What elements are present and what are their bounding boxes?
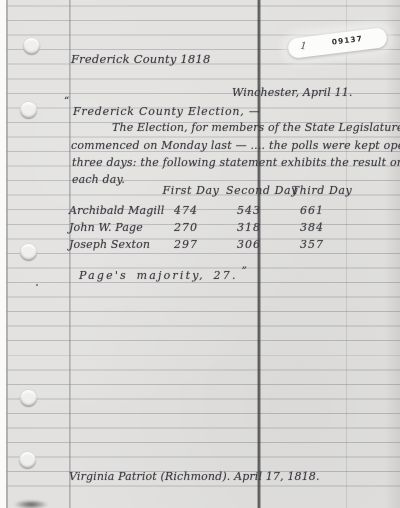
source-citation: Virginia Patriot (Richmond). April 17, 1… [69,470,320,483]
candidate-name: Archibald Magill [69,204,164,217]
page-fold-line [257,0,261,508]
page-title: Frederick County 1818 [71,53,210,66]
majority-text: Page's majority, 27. [79,269,238,282]
table-row: John W. Page 270 318 384 [0,221,400,235]
dateline: Winchester, April 11. [232,86,353,99]
vote-count: 474 [174,204,198,217]
punch-hole [20,102,37,119]
vote-count: 661 [300,204,324,217]
candidate-name: Joseph Sexton [69,238,150,251]
copy-smudge [14,500,48,508]
column-header-third-day: Third Day [292,184,353,197]
pencil-dot [36,284,38,286]
closing-quote: ” [242,266,247,277]
body-line: three days: the following statement exhi… [72,156,400,169]
pencil-mark: 1 [300,41,307,53]
vote-count: 384 [300,221,324,234]
table-row: Joseph Sexton 297 306 357 [0,238,400,252]
body-line: The Election, for members of the State L… [112,121,400,134]
vote-count: 357 [300,238,324,251]
vote-count: 543 [237,204,261,217]
archive-number: 09137 [331,34,363,47]
paper-texture [0,0,400,508]
results-table-header: First Day Second Day Third Day [0,184,400,198]
body-line: commenced on Monday last — .... the poll… [71,139,400,152]
vote-count: 318 [237,221,261,234]
article-heading: Frederick County Election, — [73,105,261,118]
vote-count: 297 [174,238,198,251]
faint-vertical-crease [346,0,347,508]
margin-rule-line [69,0,71,508]
majority-note: Page's majority, 27.” [79,269,247,283]
punch-hole [19,452,36,469]
column-header-first-day: First Day [163,184,220,197]
vote-count: 306 [237,238,261,251]
left-edge-line [6,0,8,508]
table-row: Archibald Magill 474 543 661 [0,204,400,218]
punch-hole [23,38,40,55]
scanned-notebook-page: 1 09137 Frederick County 1818 Winchester… [0,0,400,508]
punch-hole [20,390,37,407]
opening-quote: “ [64,95,69,108]
vote-count: 270 [174,221,198,234]
candidate-name: John W. Page [69,221,143,234]
column-header-second-day: Second Day [226,184,298,197]
